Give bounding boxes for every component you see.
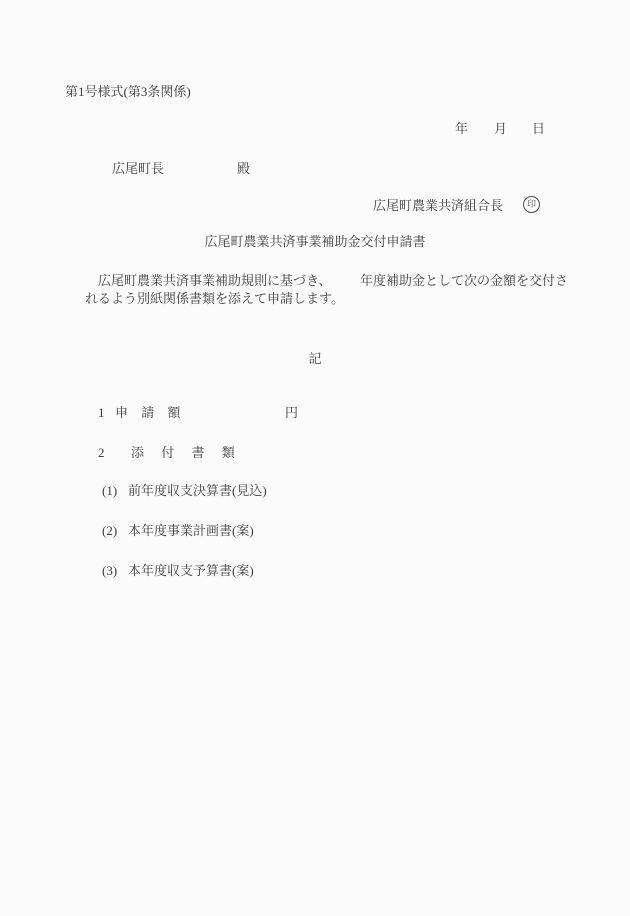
date-month-label: 月 xyxy=(494,121,507,137)
attachment-number: (1) xyxy=(102,483,117,499)
item-number: 2 xyxy=(98,445,105,461)
attachment-label: 本年度収支予算書(案) xyxy=(128,563,254,579)
sender-title: 広尾町農業共済組合長 xyxy=(373,198,503,214)
date-year-label: 年 xyxy=(455,121,468,137)
currency-unit-label: 円 xyxy=(285,405,298,421)
body-line2: れるよう別紙関係書類を添えて申請します。 xyxy=(85,291,344,307)
body-line1-before-blank: 広尾町農業共済事業補助規則に基づき、 xyxy=(98,273,331,289)
date-day-label: 日 xyxy=(532,121,545,137)
attachment-number: (2) xyxy=(102,523,117,539)
seal-label: 印 xyxy=(527,200,536,209)
item-number: 1 xyxy=(98,405,105,421)
item-label: 添 付 書 類 xyxy=(131,445,242,461)
addressee-honorific: 殿 xyxy=(237,161,250,177)
attachment-label: 本年度事業計画書(案) xyxy=(128,523,254,539)
attachment-number: (3) xyxy=(102,563,117,579)
attachment-label: 前年度収支決算書(見込) xyxy=(128,483,267,499)
form-number: 第1号様式(第3条関係) xyxy=(65,84,191,100)
record-marker: 記 xyxy=(0,351,630,367)
item-label: 申 請 額 xyxy=(115,405,186,421)
page-title: 広尾町農業共済事業補助金交付申請書 xyxy=(0,234,630,250)
addressee-name: 広尾町長 xyxy=(112,161,164,177)
body-line1-after-blank: 年度補助金として次の金額を交付さ xyxy=(360,273,568,289)
seal-icon: 印 xyxy=(523,196,540,213)
application-form-page: 第1号様式(第3条関係) 年 月 日 広尾町長 殿 広尾町農業共済組合長 印 広… xyxy=(0,0,630,916)
